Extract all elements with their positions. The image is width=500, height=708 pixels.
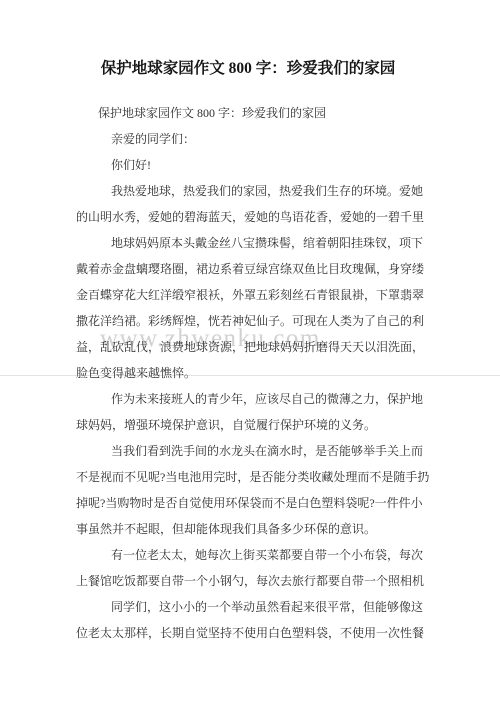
paragraph: 你们好! (76, 152, 420, 178)
text-line: 上餐馆吃饭都要自带一个小钢勺，每次去旅行都要自带一个照相机 (76, 568, 420, 594)
paragraph: 当我们看到洗手间的水龙头在滴水时，是否能够举手关上而不是视而不见呢?当电池用完时… (76, 438, 420, 542)
text-line: 戴着赤金盘螭璎珞圈，裙边系着豆绿宫绦双鱼比目玫瑰佩，身穿缕 (76, 256, 420, 282)
text-line: 掉呢?当购物时是否自觉使用环保袋而不是白色塑料袋呢?一件件小 (76, 490, 420, 516)
text-line: 的山明水秀，爱她的碧海蓝天，爱她的鸟语花香，爱她的一碧千里 (76, 204, 420, 230)
paragraphs: 保护地球家园作文 800 字：珍爱我们的家园亲爱的同学们：你们好!我热爱地球，热… (76, 100, 420, 646)
text-line: 位老太太那样，长期自觉坚持不使用白色塑料袋，不使用一次性餐 (76, 620, 420, 646)
document-page: www.zhwenku.com 保护地球家园作文 800 字：珍爱我们的家园 保… (0, 0, 500, 708)
paragraph: 地球妈妈原本头戴金丝八宝攒珠髻，绾着朝阳挂珠钗，项下戴着赤金盘螭璎珞圈，裙边系着… (76, 230, 420, 386)
text-line: 当我们看到洗手间的水龙头在滴水时，是否能够举手关上而 (76, 438, 420, 464)
text-line: 撒花洋绉裙。彩绣辉煌，恍若神妃仙子。可现在人类为了自己的利 (76, 308, 420, 334)
paragraph: 有一位老太太，她每次上街买菜都要自带一个小布袋，每次上餐馆吃饭都要自带一个小钢勺… (76, 542, 420, 594)
text-line: 作为未来接班人的青少年，应该尽自己的微薄之力，保护地 (76, 386, 420, 412)
text-line: 保护地球家园作文 800 字：珍爱我们的家园 (76, 100, 420, 126)
text-line: 益，乱砍乱伐，浪费地球资源，把地球妈妈折磨得天天以泪洗面， (76, 334, 420, 360)
document-content: 保护地球家园作文 800 字：珍爱我们的家园 保护地球家园作文 800 字：珍爱… (0, 0, 500, 646)
paragraph: 我热爱地球，热爱我们的家园，热爱我们生存的环境。爱她的山明水秀，爱她的碧海蓝天，… (76, 178, 420, 230)
text-line: 亲爱的同学们： (76, 126, 420, 152)
paragraph: 亲爱的同学们： (76, 126, 420, 152)
text-line: 同学们，这小小的一个举动虽然看起来很平常，但能够像这 (76, 594, 420, 620)
paragraph: 作为未来接班人的青少年，应该尽自己的微薄之力，保护地球妈妈，增强环境保护意识，自… (76, 386, 420, 438)
text-line: 脸色变得越来越憔悴。 (76, 360, 420, 386)
text-line: 球妈妈，增强环境保护意识，自觉履行保护环境的义务。 (76, 412, 420, 438)
text-line: 地球妈妈原本头戴金丝八宝攒珠髻，绾着朝阳挂珠钗，项下 (76, 230, 420, 256)
document-title: 保护地球家园作文 800 字：珍爱我们的家园 (76, 57, 420, 81)
paragraph: 同学们，这小小的一个举动虽然看起来很平常，但能够像这位老太太那样，长期自觉坚持不… (76, 594, 420, 646)
text-line: 你们好! (76, 152, 420, 178)
text-line: 事虽然并不起眼，但却能体现我们具备多少环保的意识。 (76, 516, 420, 542)
text-line: 我热爱地球，热爱我们的家园，热爱我们生存的环境。爱她 (76, 178, 420, 204)
text-line: 金百蝶穿花大红洋缎窄裉袄，外罩五彩刻丝石青银鼠褂，下罩翡翠 (76, 282, 420, 308)
paragraph: 保护地球家园作文 800 字：珍爱我们的家园 (76, 100, 420, 126)
text-line: 不是视而不见呢?当电池用完时，是否能分类收藏处理而不是随手扔 (76, 464, 420, 490)
text-line: 有一位老太太，她每次上街买菜都要自带一个小布袋，每次 (76, 542, 420, 568)
